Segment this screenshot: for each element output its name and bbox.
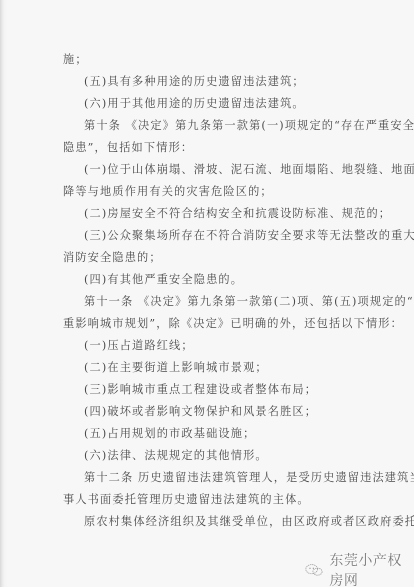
- document-page: 施； (五)具有多种用途的历史遗留违法建筑； (六)用于其他用途的历史遗留违法建…: [0, 0, 414, 587]
- text-line: 第十二条 历史遗留违法建筑管理人，是受历史遗留违法建筑当: [84, 471, 414, 485]
- text-line: 原农村集体经济组织及其继受单位，由区政府或者区政府委托街: [84, 515, 414, 529]
- watermark-text: 东莞小产权房网: [329, 550, 414, 587]
- text-line: (五)占用规划的市政基础设施；: [84, 427, 255, 441]
- text-line: 降等与地质作用有关的灾害危险区的；: [63, 185, 273, 199]
- text-line: (二)在主要街道上影响城市景观；: [84, 361, 268, 375]
- text-line: 事人书面委托管理历史遗留违法建筑的主体。: [63, 493, 310, 507]
- text-line: (一)位于山体崩塌、滑坡、泥石流、地面塌陷、地裂缝、地面沉: [84, 163, 414, 177]
- text-line: 重影响城市规划”，除《决定》已明确的外，还包括以下情形：: [63, 317, 403, 331]
- text-line: (六)用于其他用途的历史遗留违法建筑。: [84, 97, 305, 111]
- text-line: (四)有其他严重安全隐患的。: [84, 273, 243, 287]
- text-line: (四)破坏或者影响文物保护和风景名胜区；: [84, 405, 317, 419]
- text-line: 施；: [63, 53, 88, 67]
- watermark: 东莞小产权房网: [305, 560, 414, 580]
- text-line: 消防安全隐患的；: [63, 251, 162, 265]
- text-line: (二)房屋安全不符合结构安全和抗震设防标准、规范的；: [84, 207, 391, 221]
- text-line: (三)影响城市重点工程建设或者整体布局；: [84, 383, 317, 397]
- text-line: 第十一条 《决定》第九条第一款第(二)项、第(五)项规定的“严: [84, 295, 414, 309]
- text-line: (六)法律、法规规定的其他情形。: [84, 449, 268, 463]
- text-line: (五)具有多种用途的历史遗留违法建筑；: [84, 75, 305, 89]
- wechat-icon: [305, 562, 323, 578]
- text-line: 隐患”，包括如下情形：: [63, 141, 193, 155]
- text-line: (一)压占道路红线；: [84, 339, 194, 353]
- text-line: (三)公众聚集场所存在不符合消防安全要求等无法整改的重大: [84, 229, 414, 243]
- text-line: 第十条 《决定》第九条第一款第(一)项规定的“存在严重安全: [84, 119, 414, 133]
